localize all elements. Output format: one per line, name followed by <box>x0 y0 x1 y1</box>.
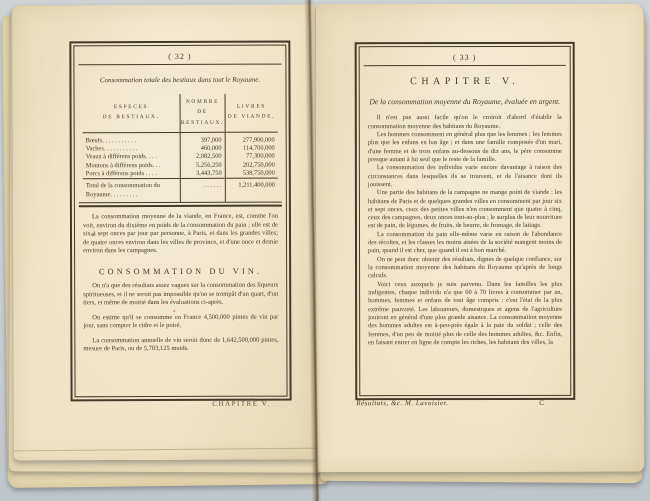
cell-livres: 538,750,000 <box>225 170 278 179</box>
page-crease <box>14 448 317 452</box>
paragraph-1: Il n'est pas aussi facile qu'on le croir… <box>368 114 562 131</box>
paragraph-vin-3: La consommation annuelle de vin seroit d… <box>83 336 278 354</box>
paragraph-vin-2: On estime qu'il se consomme en France 4,… <box>83 313 278 331</box>
cell-livres: 114,700,000 <box>225 145 278 154</box>
cell-nombre: 397,000 <box>180 132 225 145</box>
table-closing-rule <box>79 202 282 208</box>
cell-total-livres: 1,211,400,000 <box>225 179 278 202</box>
header-livres-line1: LIVRES <box>225 102 277 112</box>
header-nombre-line1: NOMBRE <box>181 97 225 107</box>
cell-espece: Bœufs. . . . . . . . . . . <box>83 132 181 145</box>
catchword: CHAPITRE V. <box>212 400 270 408</box>
cell-nombre: 3,443,750 <box>180 170 225 179</box>
table-total-row: Total de la consommation du Royaume. . .… <box>83 179 278 203</box>
bestiaux-table: ESPECES DE BESTIAUX. NOMBRE DE BESTIAUX.… <box>83 94 278 203</box>
left-page-number: ( 32 ) <box>82 52 277 62</box>
header-livres: LIVRES DE VIANDE. <box>225 94 278 132</box>
paragraph-3: La consommation des individus varie enco… <box>368 164 562 189</box>
paragraph-6: On ne peut donc obtenir des résultats, d… <box>368 256 562 281</box>
cell-total-label: Total de la consommation du Royaume. . .… <box>83 179 181 202</box>
cell-livres: 202,750,000 <box>225 161 278 170</box>
header-nombre-line2: DE BESTIAUX. <box>181 107 225 128</box>
cell-nombre: 2,082,500 <box>180 153 225 161</box>
paragraph-2: Les hommes consomment en général plus qu… <box>368 131 562 165</box>
cell-espece: Veaux à différens poids. . . . <box>83 153 181 162</box>
right-page-text-block: ( 33 ) CHAPITRE V. De la consommation mo… <box>359 46 572 396</box>
cell-nombre: 460,000 <box>180 145 225 153</box>
cell-espece: Porcs à différens poids . . . . <box>83 170 181 179</box>
signature-mark: C <box>539 399 544 407</box>
paragraph-5: La consommation du pain elle-même varie … <box>368 231 562 256</box>
cell-espece: Vaches. . . . . . . . . . . <box>83 145 181 154</box>
section-heading-vin: CONSOMMATION DU VIN. <box>83 267 278 277</box>
left-page-border-frame: ( 32 ) Consommation totale des bestiaux … <box>69 41 291 402</box>
header-livres-line2: DE VIANDE. <box>225 112 277 122</box>
header-nombre: NOMBRE DE BESTIAUX. <box>180 94 225 132</box>
table-row: Porcs à différens poids . . . . 3,443,75… <box>83 170 278 180</box>
table-row: Bœufs. . . . . . . . . . . 397,000 277,9… <box>83 132 278 146</box>
paragraph-7: Voici ceux auxquels je suis parvenu. Dan… <box>368 280 562 347</box>
left-page-text-block: ( 32 ) Consommation totale des bestiaux … <box>73 45 287 398</box>
cell-espece: Moutons à différens poids. . . <box>83 162 181 171</box>
right-page-border-frame: ( 33 ) CHAPITRE V. De la consommation mo… <box>355 42 576 400</box>
page-left: ( 32 ) Consommation totale des bestiaux … <box>12 4 317 460</box>
table-header-row: ESPECES DE BESTIAUX. NOMBRE DE BESTIAUX.… <box>83 94 278 133</box>
paragraph-viande: La consommation moyenne de la viande, en… <box>83 213 278 257</box>
right-page-number: ( 33 ) <box>368 53 562 62</box>
paragraph-4: Une partie des habitans de la campagne n… <box>368 189 562 231</box>
cell-livres: 277,900,000 <box>225 132 278 145</box>
chapter-heading: CHAPITRE V. <box>368 76 562 87</box>
header-especes-line2: DE BESTIAUX. <box>83 112 180 123</box>
paragraph-vin-1: On n'a que des résultats assez vagues su… <box>83 282 278 308</box>
footer-imprint: Résultats, &c. M. Lavoisier. <box>356 399 448 407</box>
photo-background: ( 32 ) Consommation totale des bestiaux … <box>0 0 650 501</box>
left-header-rule <box>78 64 281 66</box>
right-header-rule <box>364 65 566 66</box>
page-footer: Résultats, &c. M. Lavoisier. C <box>356 399 568 407</box>
cell-total-nombre: . . . . . . <box>180 179 225 202</box>
cell-nombre: 5,256,250 <box>180 162 225 170</box>
header-especes: ESPECES DE BESTIAUX. <box>83 94 181 133</box>
cell-livres: 77,300,000 <box>225 153 278 162</box>
header-especes-line1: ESPECES <box>83 102 180 113</box>
table-caption: Consommation totale des bestiaux dans to… <box>82 76 277 85</box>
page-right: ( 33 ) CHAPITRE V. De la consommation mo… <box>316 4 645 473</box>
chapter-subtitle: De la consommation moyenne du Royaume, é… <box>368 96 562 108</box>
